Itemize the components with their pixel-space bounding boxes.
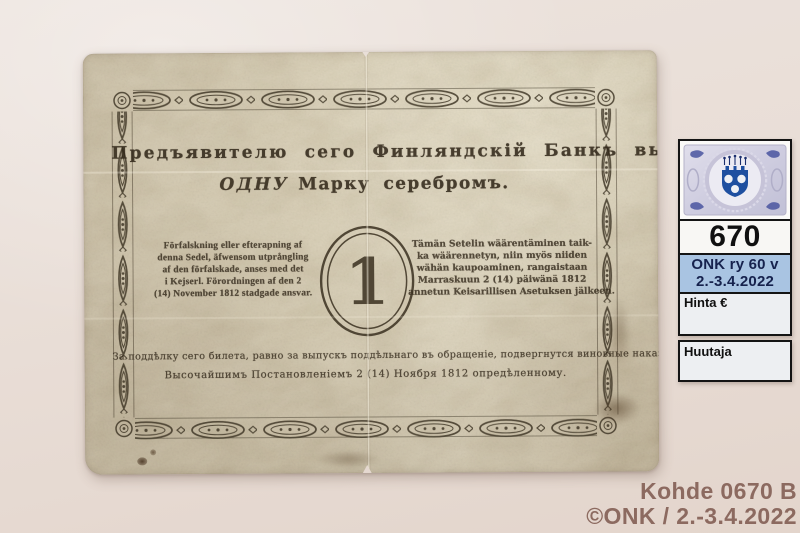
watermark-lot-line: Kohde 0670 B (586, 479, 797, 504)
bidder-field: Huutaja (678, 340, 792, 382)
auction-label: 670 ONK ry 60 v 2.-3.4.2022 Hinta € Huut… (678, 139, 792, 382)
event-name: ONK ry 60 v (680, 256, 790, 273)
label-logo-cell (680, 141, 790, 219)
event-band: ONK ry 60 v 2.-3.4.2022 (680, 253, 790, 294)
event-date: 2.-3.4.2022 (680, 273, 790, 290)
watermark-copyright-line: ©ONK / 2.-3.4.2022 (586, 504, 797, 529)
counterfeit-warning-finnish: Tämän Setelin wäärentäminen taik- ka wää… (408, 238, 596, 299)
denomination-word: ОДНУ (219, 174, 289, 194)
photo-watermark: Kohde 0670 B ©ONK / 2.-3.4.2022 (586, 479, 797, 529)
auction-photo-scene: Предъявителю сего Финляндскій Банкъ выда… (0, 0, 800, 533)
price-field: Hinta € (680, 294, 790, 334)
aging-stain (593, 392, 641, 424)
ink-stain (150, 449, 156, 455)
onk-club-hologram-emblem-icon (683, 144, 787, 216)
banknote-paper: Предъявителю сего Финляндскій Банкъ выда… (83, 50, 660, 474)
banknote: Предъявителю сего Финляндскій Банкъ выда… (83, 50, 660, 474)
lot-number: 670 (680, 219, 790, 253)
aging-stain (608, 294, 630, 366)
ink-stain (137, 457, 147, 465)
auction-label-main-box: 670 ONK ry 60 v 2.-3.4.2022 Hinta € (678, 139, 792, 336)
